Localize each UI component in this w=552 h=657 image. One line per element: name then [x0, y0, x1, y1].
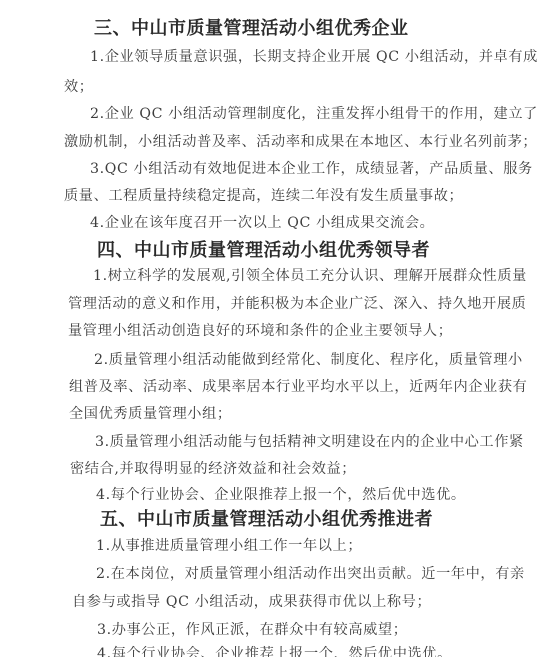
paragraph-line: 效； — [64, 76, 94, 96]
paragraph-line: 组普及率、活动率、成果率居本行业平均水平以上，近两年内企业获有 — [69, 376, 527, 396]
paragraph-line: 1.从事推进质量管理小组工作一年以上； — [96, 535, 362, 555]
paragraph-line: 激励机制，小组活动普及率、活动率和成果在本地区、本行业名列前茅； — [64, 131, 537, 151]
paragraph-line: 全国优秀质量管理小组； — [69, 403, 232, 423]
paragraph-line: 2.企业 QC 小组活动管理制度化，注重发挥小组骨干的作用，建立了 — [90, 103, 538, 123]
paragraph-line: 1.企业领导质量意识强，长期支持企业开展 QC 小组活动，并卓有成 — [90, 46, 538, 66]
section-heading-5: 五、中山市质量管理活动小组优秀推进者 — [100, 505, 433, 531]
paragraph-line: 2.在本岗位，对质量管理小组活动作出突出贡献。近一年中，有亲 — [96, 563, 525, 583]
paragraph-line: 质量、工程质量持续稳定提高，连续二年没有发生质量事故； — [64, 185, 463, 205]
paragraph-line: 3.质量管理小组活动能与包括精神文明建设在内的企业中心工作紧 — [95, 431, 524, 451]
paragraph-line: 4.每个行业协会、企业限推荐上报一个，然后优中选优。 — [96, 484, 466, 504]
paragraph-line: 管理活动的意义和作用，并能积极为本企业广泛、深入、持久地开展质 — [68, 293, 526, 313]
paragraph-line: 4.企业在该年度召开一次以上 QC 小组成果交流会。 — [90, 212, 434, 232]
paragraph-line: 自参与或指导 QC 小组活动，成果获得市优以上称号； — [72, 591, 431, 611]
section-heading-4: 四、中山市质量管理活动小组优秀领导者 — [97, 236, 430, 262]
document-page: 三、中山市质量管理活动小组优秀企业 1.企业领导质量意识强，长期支持企业开展 Q… — [0, 0, 552, 657]
paragraph-line: 密结合,并取得明显的经济效益和社会效益； — [70, 458, 356, 478]
paragraph-line: 4.每个行业协会、企业推荐上报一个，然后优中选优。 — [97, 643, 452, 657]
paragraph-line: 2.质量管理小组活动能做到经常化、制度化、程序化，质量管理小 — [94, 349, 523, 369]
paragraph-line: 量管理小组活动创造良好的环境和条件的企业主要领导人； — [68, 320, 452, 340]
section-heading-3: 三、中山市质量管理活动小组优秀企业 — [94, 14, 409, 40]
paragraph-line: 3.办事公正，作风正派，在群众中有较高威望； — [97, 619, 408, 639]
paragraph-line: 1.树立科学的发展观,引领全体员工充分认识、理解开展群众性质量 — [93, 265, 527, 285]
paragraph-line: 3.QC 小组活动有效地促进本企业工作，成绩显著，产品质量、服务 — [90, 158, 533, 178]
